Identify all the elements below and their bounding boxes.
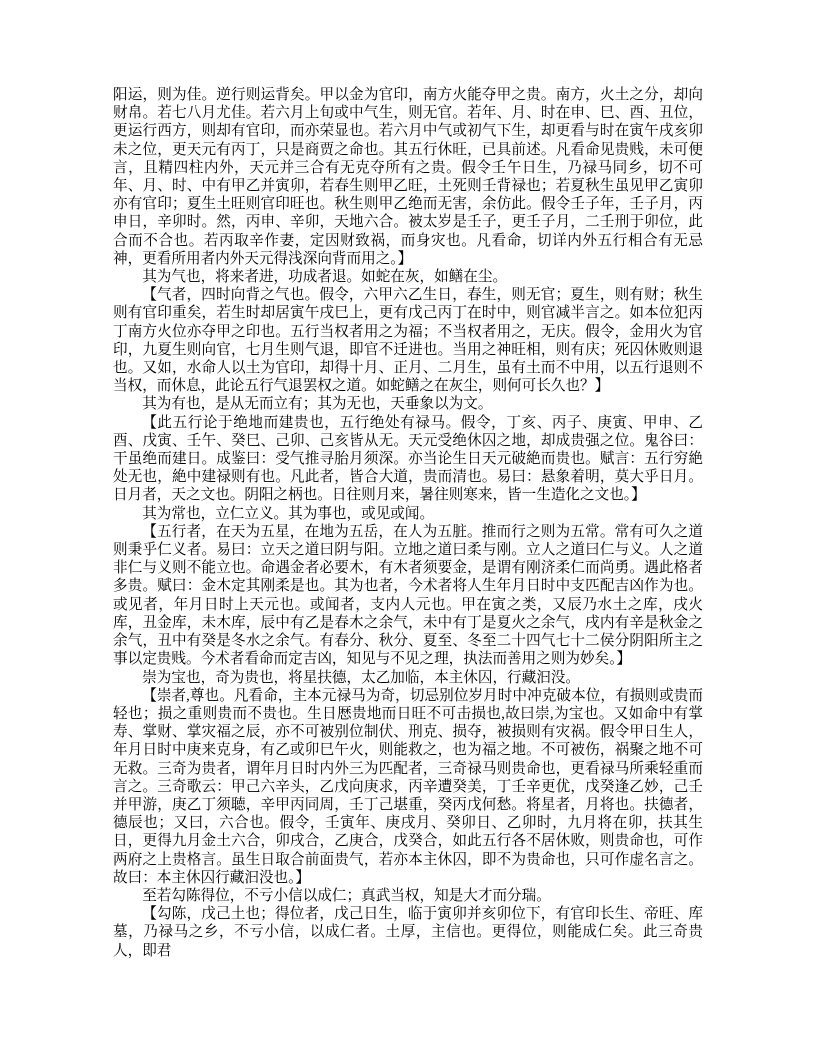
paragraph-5: 【此五行论于绝地而建贵也，五行绝处有禄马。假令，丁亥、丙子、庚寅、甲申、乙酉、戊… [113,414,703,505]
paragraph-3: 【气者，四时向背之气也。假令，六甲六乙生日，春生，则无官；夏生，则有财；秋生则有… [113,286,703,395]
paragraph-10: 至若勾陈得位，不亏小信以成仁；真武当权，知是大才而分瑞。 [113,887,703,905]
paragraph-4: 其为有也，是从无而立有；其为无也，天垂象以为文。 [113,395,703,413]
paragraph-9: 【崇者,尊也。凡看命，主本元禄马为奇，切忌别位岁月时中冲克破本位，有损则或贵而轻… [113,687,703,887]
text-block: 阳运，则为佳。逆行则运背矣。甲以金为官印，南方火能夺甲之贵。南方，火土之分，却向… [113,86,703,960]
paragraph-8: 崇为宝也，奇为贵也，将星扶德，太乙加临，本主休囚，行藏汩没。 [113,669,703,687]
paragraph-1: 阳运，则为佳。逆行则运背矣。甲以金为官印，南方火能夺甲之贵。南方，火土之分，却向… [113,86,703,268]
document-page: 阳运，则为佳。逆行则运背矣。甲以金为官印，南方火能夺甲之贵。南方，火土之分，却向… [0,0,816,1056]
paragraph-6: 其为常也，立仁立义。其为事也，或见或闻。 [113,505,703,523]
paragraph-7: 【五行者，在天为五星，在地为五岳，在人为五脏。推而行之则为五常。常有可久之道则秉… [113,523,703,669]
paragraph-11: 【勾陈，戊己土也；得位者，戊己日生，临于寅卯并亥卯位下，有官印长生、帝旺、库墓，… [113,905,703,960]
paragraph-2: 其为气也，将来者进，功成者退。如蛇在灰，如鳝在尘。 [113,268,703,286]
